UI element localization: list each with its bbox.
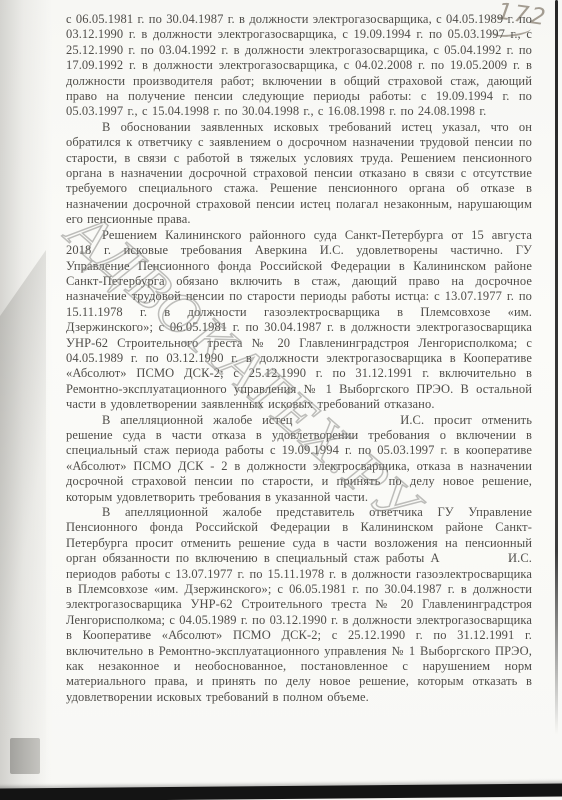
paragraph-1-text: с 06.05.1981 г. по 30.04.1987 г. в должн… [66, 12, 532, 118]
paragraph-2-text: В обосновании заявленных исковых требова… [66, 120, 532, 226]
left-edge-shadow [0, 0, 52, 800]
left-fold-shadow [0, 250, 46, 800]
paragraph-5-text-before-redaction: В апелляционной жалобе представитель отв… [66, 505, 532, 565]
paragraph-5-text-after-redaction: И.С. периодов работы с 13.07.1977 г. по … [66, 551, 532, 704]
left-dark-strip [10, 738, 40, 774]
scan-page: 172 с 06.05.1981 г. по 30.04.1987 г. в д… [0, 0, 562, 800]
redacted-name-gap-1 [302, 423, 390, 424]
paragraph-4: В апелляционной жалобе истец И.С. просит… [66, 413, 532, 505]
bottom-scan-edge [0, 783, 562, 800]
page-edge-line [555, 0, 558, 735]
paragraph-3-text: Решением Калининского районного суда Сан… [66, 228, 532, 411]
paragraph-2: В обосновании заявленных исковых требова… [66, 120, 532, 228]
paragraph-5: В апелляционной жалобе представитель отв… [66, 505, 532, 705]
paragraph-4-text-before-redaction: В апелляционной жалобе истец [102, 413, 293, 427]
redacted-name-gap-2 [446, 561, 502, 562]
document-text: с 06.05.1981 г. по 30.04.1987 г. в должн… [66, 12, 532, 705]
paragraph-3: Решением Калининского районного суда Сан… [66, 228, 532, 413]
paragraph-1: с 06.05.1981 г. по 30.04.1987 г. в должн… [66, 12, 532, 120]
